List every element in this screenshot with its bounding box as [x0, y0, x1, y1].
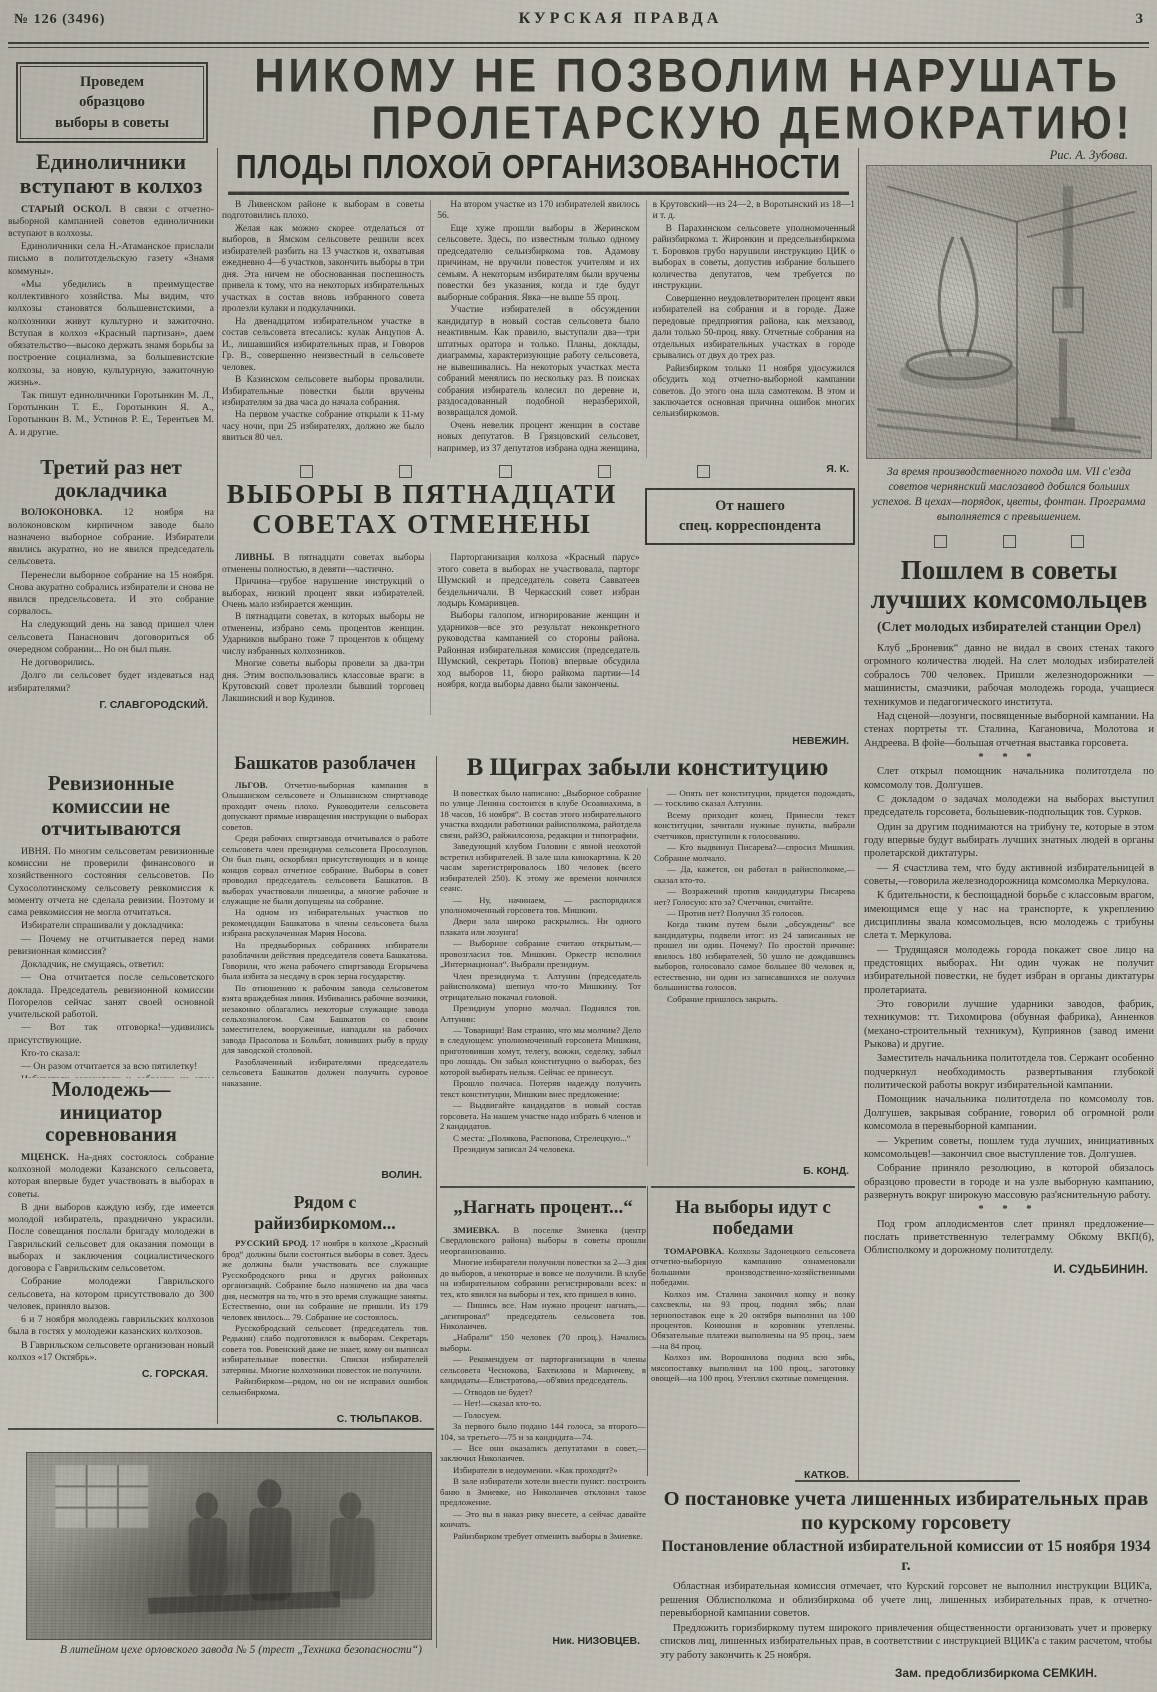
paragraph: — Отводов не будет?	[440, 1387, 646, 1397]
article-body: В повестках было написано: „Выборное соб…	[440, 788, 855, 1166]
paragraph: Под гром аплодисментов слет принял предл…	[864, 1218, 1154, 1258]
paragraph: — Пишись все. Нам нужно процент нагнать,…	[440, 1300, 646, 1331]
paragraph: СТАРЫЙ ОСКОЛ. В связи с отчетно-выборной…	[8, 204, 214, 241]
article-body: ИВНЯ. По многим сельсоветам ревизионные …	[8, 846, 214, 1078]
article-tretiy-raz: Третий раз нет докладчика ВОЛОКОНОВКА. 1…	[8, 456, 214, 772]
photo-top-rule	[8, 1428, 434, 1430]
article-title: „Нагнать процент...“	[440, 1198, 646, 1219]
article-postanovka: О постановке учета лишенных избирательны…	[660, 1488, 1152, 1686]
article-vybory-otmeneny: ВЫБОРЫ В ПЯТНАДЦАТИ СОВЕТАХ ОТМЕНЕНЫ От …	[222, 480, 855, 750]
paragraph: Колхоз им. Ворошилова поднял всю зябь, м…	[651, 1352, 855, 1383]
article-bashkatov: Башкатов разоблачен ЛЬГОВ. Отчетно-выбор…	[222, 754, 428, 1184]
header-rule	[8, 42, 1149, 48]
correspondent-box: От нашего спец. корреспондента	[645, 488, 855, 545]
article-signature: С. ГОРСКАЯ.	[8, 1365, 214, 1380]
square-ornament-icon	[598, 465, 611, 478]
paragraph: В Ливенском районе к выборам в советы по…	[222, 200, 424, 223]
article-revkomissii: Ревизионные комиссии не отчитываются ИВН…	[8, 772, 214, 1078]
paragraph: — Да, кажется, он работал в райисполкоме…	[654, 864, 855, 885]
square-ornament-icon	[1003, 535, 1016, 548]
paragraph: — Выборное собрание считаю открытым,—про…	[440, 938, 641, 969]
paragraph: С места: „Полякова, Распопова, Стрелецку…	[440, 1133, 641, 1143]
paragraph: — Голосуем.	[440, 1410, 646, 1420]
paragraph: Многие избиратели получили повестки за 2…	[440, 1257, 646, 1299]
article-signature: Г. СЛАВГОРОДСКИЙ.	[8, 696, 214, 711]
article-molodezh: Молодежь—инициатор соревнования МЦЕНСК. …	[8, 1078, 214, 1418]
square-ornament-icon	[499, 465, 512, 478]
paragraph: ЛИВНЫ. В пятнадцати советах выборы отмен…	[222, 553, 424, 576]
paragraph: Не договорились.	[8, 657, 214, 669]
newspaper-page: { "page": { "issue_number": "№ 126 (3496…	[0, 0, 1157, 1692]
paragraph: — Против нет? Получил 35 голосов.	[654, 908, 855, 918]
left-column: Единоличники вступают в колхоз СТАРЫЙ ОС…	[8, 150, 214, 1424]
article-title: В Щиграх забыли конституцию	[440, 754, 855, 782]
banner-headline: НИКОМУ НЕ ПОЗВОЛИМ НАРУШАТЬ ПРОЛЕТАРСКУЮ…	[225, 52, 1150, 147]
article-signature: Б. КОНД.	[803, 1165, 849, 1177]
correspondent-line: От нашего	[651, 497, 849, 517]
illustration-credit: Рис. А. Зубова.	[864, 148, 1154, 163]
illustration-sketch	[867, 166, 1151, 458]
article-body: СТАРЫЙ ОСКОЛ. В связи с отчетно-выборной…	[8, 204, 214, 439]
paragraph: На двенадцатом избирательном участке в с…	[222, 317, 424, 374]
article-body: Клуб „Броневик“ давно не видал в своих с…	[864, 642, 1154, 1257]
paragraph: Член президиума т. Алтунин (председатель…	[440, 971, 641, 1002]
article-title: ПЛОДЫ ПЛОХОЙ ОРГАНИЗОВАННОСТИ	[228, 152, 849, 195]
right-column: Рис. А. Зубова. За время производственно…	[864, 148, 1154, 1480]
paragraph: ТОМАРОВКА. Колхозы Задонецкого сельсовет…	[651, 1246, 855, 1288]
article-body: Областная избирательная комиссия отмечае…	[660, 1580, 1152, 1662]
article-signature: С. ТЮЛЬПАКОВ.	[337, 1413, 422, 1425]
paragraph: — Все они оказались депутатами в совет,—…	[440, 1443, 646, 1464]
article-title: Рядом с райизбиркомом...	[222, 1192, 428, 1233]
column-rule-mid1	[436, 756, 437, 1648]
article-signature: Зам. предоблизбиркома СЕМКИН.	[660, 1666, 1152, 1680]
paragraph: Собрание приняло резолюцию, в которой об…	[864, 1162, 1154, 1202]
paragraph: Над сценой—лозунги, посвященные выборной…	[864, 710, 1154, 750]
ornament-squares	[934, 535, 1084, 548]
article-signature: НЕВЕЖИН.	[792, 735, 849, 747]
promo-line: образцово	[24, 92, 200, 112]
paragraph: — Возражений против кандидатуры Писарева…	[654, 886, 855, 907]
article-signature: ВОЛИН.	[381, 1169, 422, 1181]
article-body: В Ливенском районе к выборам в советы по…	[222, 200, 855, 458]
promo-box: Проведем образцово выборы в советы	[16, 62, 208, 143]
paragraph: — Выдвигайте кандидатов в новый состав г…	[440, 1100, 641, 1131]
paragraph: В Казинском сельсовете выборы провалили.…	[222, 375, 424, 409]
paragraph: По отношению к рабочим завода сельсовето…	[222, 983, 428, 1056]
paragraph: * * *	[864, 751, 1154, 764]
paragraph: — Вот так отговорка!—удивились присутств…	[8, 1022, 214, 1046]
paragraph: Еще хуже прошли выборы в Жеринском сельс…	[437, 224, 639, 304]
article-title: На выборы идут с победами	[651, 1198, 855, 1240]
paragraph: На следующий день на завод пришел член с…	[8, 619, 214, 656]
paragraph: Всему приходит конец. Принесли текст кон…	[654, 810, 855, 841]
article-subtitle: (Слет молодых избирателей станции Орел)	[864, 619, 1154, 635]
article-signature: КАТКОВ.	[804, 1469, 849, 1481]
paragraph: Двери зала широко раскрылись. Ни одного …	[440, 916, 641, 937]
article-signature: Я. К.	[826, 463, 849, 475]
paragraph: Областная избирательная комиссия отмечае…	[660, 1580, 1152, 1620]
paragraph: Перенесли выборное собрание на 15 ноября…	[8, 570, 214, 619]
paragraph: Президиум упорно молчал. Поднялся тов. А…	[440, 1003, 641, 1024]
page-number: 3	[1135, 11, 1143, 28]
article-subtitle: Постановление областной избирательной ко…	[660, 1538, 1152, 1575]
paragraph: Кто-то сказал:	[8, 1048, 214, 1060]
article-plody: ПЛОДЫ ПЛОХОЙ ОРГАНИЗОВАННОСТИ В Ливенско…	[222, 152, 855, 478]
paragraph: В пятнадцати советах, в которых выборы н…	[222, 612, 424, 658]
article-body: ЛЬГОВ. Отчетно-выборная кампания в Ольша…	[222, 780, 428, 1162]
column-rule-right	[858, 148, 859, 1480]
illustration-maslozavod	[866, 165, 1152, 459]
column-rule-mid2	[647, 1186, 648, 1476]
paragraph: Среди рабочих спиртзавода отчитывался о …	[222, 833, 428, 906]
paragraph: На предвыборных собраниях избиратели раз…	[222, 940, 428, 982]
paragraph: — Почему не отчитывается перед нами реви…	[8, 934, 214, 958]
paragraph: — Рекомендуем от парторганизации в члены…	[440, 1354, 646, 1385]
article-edinolichniki: Единоличники вступают в колхоз СТАРЫЙ ОС…	[8, 150, 214, 456]
paragraph: Один за другим поднимаются на трибуну те…	[864, 821, 1154, 861]
paragraph: — Я счастлива тем, что буду активной изб…	[864, 862, 1154, 889]
paragraph: — Она отчитается после сельсоветского до…	[8, 972, 214, 1021]
paragraph: Президиум записал 24 человека.	[440, 1144, 641, 1154]
article-title: Единоличники вступают в колхоз	[8, 150, 214, 198]
paragraph: На первом участке собрание открыли к 11-…	[222, 410, 424, 444]
paragraph: Так пишут единоличники Горотынкин М. Л.,…	[8, 390, 214, 439]
paragraph: 6 и 7 ноября молодежь гаврильских колхоз…	[8, 1314, 214, 1338]
paragraph: Прошло полчаса. Потеряв надежду получить…	[440, 1078, 641, 1099]
photo-foundry	[26, 1452, 432, 1640]
paragraph: ЛЬГОВ. Отчетно-выборная кампания в Ольша…	[222, 780, 428, 832]
correspondent-line: спец. корреспондента	[651, 517, 849, 537]
paragraph: Многие советы выборы провели за два-три …	[222, 659, 424, 705]
ornament-squares	[300, 465, 710, 478]
paragraph: Русскобродский сельсовет (председатель т…	[222, 1323, 428, 1375]
paragraph: — Это вы в наказ рику внесете, а сейчас …	[440, 1509, 646, 1530]
paragraph: Единоличники села Н.-Атаманское прислали…	[8, 241, 214, 278]
article-title: Ревизионные комиссии не отчитываются	[8, 772, 214, 840]
paragraph: Причина—грубое нарушение инструкций о вы…	[222, 577, 424, 611]
article-shchigry: В Щиграх забыли конституцию В повестках …	[440, 754, 855, 1180]
paragraph: Разоблаченный избирателями председатель …	[222, 1057, 428, 1088]
promo-line: Проведем	[24, 72, 200, 92]
article-title: О постановке учета лишенных избирательны…	[660, 1488, 1152, 1535]
paragraph: — Кто выдвинул Писарева?—спросил Мишкин.…	[654, 842, 855, 863]
paragraph: ВОЛОКОНОВКА. 12 ноября на волоконовском …	[8, 507, 214, 568]
square-ornament-icon	[1071, 535, 1084, 548]
paragraph: Избиратели в недоумении. «Как проходят?»	[440, 1465, 646, 1475]
paragraph: — Укрепим советы, пошлем туда лучших, ин…	[864, 1135, 1154, 1162]
article-title: Третий раз нет докладчика	[8, 456, 214, 501]
article-header: ВЫБОРЫ В ПЯТНАДЦАТИ СОВЕТАХ ОТМЕНЕНЫ От …	[222, 480, 855, 545]
paragraph: Желая как можно скорее отделаться от выб…	[222, 224, 424, 316]
paragraph: ИВНЯ. По многим сельсоветам ревизионные …	[8, 846, 214, 919]
paragraph: Райизбирком—рядом, но он не исправил оши…	[222, 1376, 428, 1397]
article-title: Пошлем в советы лучших комсомольцев	[864, 556, 1154, 615]
paragraph: — Нет!—сказал кто-то.	[440, 1398, 646, 1408]
article-body: ЗМИЕВКА. В поселке Змиевка (центр Свердл…	[440, 1225, 646, 1605]
article-title: Молодежь—инициатор соревнования	[8, 1078, 214, 1146]
article-title: ВЫБОРЫ В ПЯТНАДЦАТИ СОВЕТАХ ОТМЕНЕНЫ	[222, 480, 622, 539]
paragraph: * * *	[864, 1203, 1154, 1216]
issue-number: № 126 (3496)	[14, 12, 105, 28]
article-body: ВОЛОКОНОВКА. 12 ноября на волоконовском …	[8, 507, 214, 695]
paragraph: „Набрали“ 150 человек (70 проц.). Начали…	[440, 1332, 646, 1353]
paragraph: Выборы галопом, игнорирование женщин и у…	[437, 611, 639, 691]
paragraph: Заместитель начальника политотдела тов. …	[864, 1052, 1154, 1092]
paragraph: — Опять нет конституции, придется подожд…	[654, 788, 855, 809]
paragraph: — Трудящаяся молодежь города покажет сво…	[864, 944, 1154, 997]
paragraph: На втором участке из 170 избирателей яви…	[437, 200, 639, 223]
paragraph: Собрание пришлось закрыть.	[654, 994, 855, 1004]
paragraph: Когда таким путем были „обсуждены“ все к…	[654, 919, 855, 992]
promo-box-text: Проведем образцово выборы в советы	[20, 66, 204, 139]
article-body: МЦЕНСК. На-днях состоялось собрание колх…	[8, 1152, 214, 1364]
paragraph: Клуб „Броневик“ давно не видал в своих с…	[864, 642, 1154, 709]
paragraph: За первого было подано 144 голоса, за вт…	[440, 1421, 646, 1442]
paragraph: В повестках было написано: „Выборное соб…	[440, 788, 641, 840]
banner-line-1: НИКОМУ НЕ ПОЗВОЛИМ НАРУШАТЬ	[225, 49, 1150, 103]
illustration-caption: За время производственного похода им. VI…	[864, 459, 1154, 525]
article-nagnat-procent: „Нагнать процент...“ ЗМИЕВКА. В поселке …	[440, 1186, 646, 1650]
paragraph: — Ну, начинаем, — распорядился уполномоч…	[440, 895, 641, 916]
photo-caption: В литейном цехе орловского завода № 5 (т…	[26, 1644, 456, 1656]
paragraph: Избиратели спрашивали у докладчика:	[8, 920, 214, 932]
page-header: № 126 (3496) КУРСКАЯ ПРАВДА 3	[14, 10, 1143, 28]
paragraph: В дни выборов каждую избу, где имеется м…	[8, 1202, 214, 1275]
column-rule-left	[217, 148, 218, 1424]
paragraph: Колхоз им. Сталина закончил копку и возк…	[651, 1289, 855, 1352]
paragraph: Это говорили лучшие ударники заводов, фа…	[864, 998, 1154, 1051]
banner-line-2: ПРОЛЕТАРСКУЮ ДЕМОКРАТИЮ!	[355, 97, 1150, 150]
square-ornament-icon	[399, 465, 412, 478]
square-ornament-icon	[697, 465, 710, 478]
article-body: ТОМАРОВКА. Колхозы Задонецкого сельсовет…	[651, 1246, 855, 1456]
article-pobedy: На выборы идут с победами ТОМАРОВКА. Кол…	[651, 1186, 855, 1484]
paragraph: Участие избирателей в обсуждении кандида…	[437, 305, 639, 420]
photo-figures	[27, 1453, 431, 1639]
square-ornament-icon	[300, 465, 313, 478]
paragraph: К бдительности, к беспощадной борьбе с к…	[864, 889, 1154, 942]
paragraph: Докладчик, не смущаясь, ответил:	[8, 959, 214, 971]
paragraph: Собрание молодежи Гаврильского сельсовет…	[8, 1276, 214, 1313]
paragraph: В Гаврильском сельсовете организован нов…	[8, 1340, 214, 1364]
paragraph: С докладом о задачах молодежи на выборах…	[864, 793, 1154, 820]
promo-line: выборы в советы	[24, 113, 200, 133]
paragraph: ЗМИЕВКА. В поселке Змиевка (центр Свердл…	[440, 1225, 646, 1256]
masthead: КУРСКАЯ ПРАВДА	[519, 10, 723, 28]
article-body: РУССКИЙ БРОД. 17 ноября в колхозе „Красн…	[222, 1238, 428, 1424]
article-signature: Ник. НИЗОВЦЕВ.	[552, 1635, 640, 1647]
paragraph: На одном из избирательных участков по ре…	[222, 907, 428, 938]
paragraph: МЦЕНСК. На-днях состоялось собрание колх…	[8, 1152, 214, 1201]
paragraph: В зале избиратели хотели внести пункт: п…	[440, 1476, 646, 1507]
paragraph: Райизбирком требует отменить выборы в Зм…	[440, 1531, 646, 1541]
paragraph: В Парахинском сельсовете уполномоченный …	[653, 224, 855, 293]
paragraph: Помощник начальника политотдела по комсо…	[864, 1093, 1154, 1133]
paragraph: Парторганизация колхоза «Красный парус» …	[437, 553, 639, 610]
paragraph: Райизбирком только 11 ноября удосужился …	[653, 364, 855, 421]
paragraph: Заведующий клубом Головин с явной неохот…	[440, 841, 641, 893]
article-ryadom: Рядом с райизбиркомом... РУССКИЙ БРОД. 1…	[222, 1192, 428, 1428]
paragraph: Совершенно неудовлетворителен процент яв…	[653, 294, 855, 363]
paragraph: Предложить горизбиркому путем широкого п…	[660, 1622, 1152, 1662]
paragraph: «Мы убедились в преимуществе коллективно…	[8, 279, 214, 389]
article-signature: И. СУДЬБИНИН.	[864, 1259, 1154, 1276]
paragraph: Слет открыл помощник начальника политотд…	[864, 765, 1154, 792]
paragraph: — Товарищи! Вам странно, что мы молчим? …	[440, 1025, 641, 1077]
article-body: ЛИВНЫ. В пятнадцати советах выборы отмен…	[222, 553, 855, 715]
paragraph: — Он разом отчитается за всю пятилетку!	[8, 1061, 214, 1073]
article-title: Башкатов разоблачен	[222, 754, 428, 775]
paragraph: РУССКИЙ БРОД. 17 ноября в колхозе „Красн…	[222, 1238, 428, 1322]
square-ornament-icon	[934, 535, 947, 548]
paragraph: Долго ли сельсовет будет издеваться над …	[8, 670, 214, 694]
